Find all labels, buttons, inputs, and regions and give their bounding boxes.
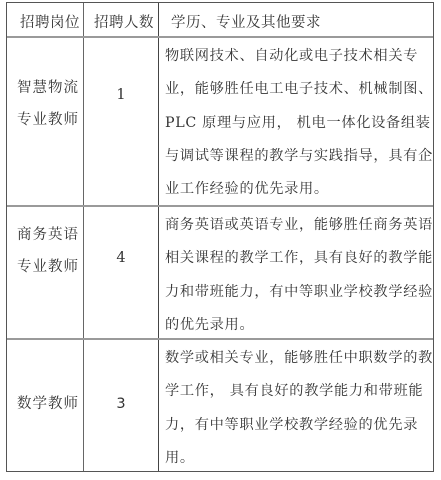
requirements-text: 商务英语或英语专业，能够胜任商务英语 相关课程的教学工作，具有良好的教学能 力和… [165, 209, 429, 342]
header-count-label: 招聘人数 [94, 11, 154, 32]
table-row: 智慧物流 专业教师 1 物联网技术、自动化或电子技术相关专 业，能够胜任电工电子… [7, 36, 433, 205]
header-position-label: 招聘岗位 [20, 11, 80, 32]
position-name: 智慧物流 专业教师 [17, 72, 79, 136]
position-cell: 智慧物流 专业教师 [7, 38, 84, 205]
requirements-cell: 物联网技术、自动化或电子技术相关专 业，能够胜任电工电子技术、机械制图、 PLC… [159, 38, 433, 205]
requirements-text: 数学或相关专业，能够胜任中职数学的教 学工作， 具有良好的教学能力和带班能 力，… [165, 342, 429, 475]
header-cell-position: 招聘岗位 [7, 3, 84, 37]
position-name: 商务英语 专业教师 [17, 219, 79, 283]
position-cell: 数学教师 [7, 340, 84, 471]
header-cell-count: 招聘人数 [84, 3, 159, 37]
requirements-text: 物联网技术、自动化或电子技术相关专 业，能够胜任电工电子技术、机械制图、 PLC… [165, 40, 429, 206]
table-header-row: 招聘岗位 招聘人数 学历、专业及其他要求 [7, 3, 433, 37]
position-count: 3 [84, 396, 158, 412]
count-cell: 4 [84, 207, 159, 338]
count-cell: 3 [84, 340, 159, 471]
requirements-cell: 数学或相关专业，能够胜任中职数学的教 学工作， 具有良好的教学能力和带班能 力，… [159, 340, 433, 471]
position-cell: 商务英语 专业教师 [7, 207, 84, 338]
count-cell: 1 [84, 38, 159, 205]
header-requirements-label: 学历、专业及其他要求 [171, 11, 321, 32]
table-row: 商务英语 专业教师 4 商务英语或英语专业，能够胜任商务英语 相关课程的教学工作… [7, 205, 433, 338]
position-count: 4 [84, 250, 158, 266]
position-name: 数学教师 [17, 388, 79, 420]
table-row: 数学教师 3 数学或相关专业，能够胜任中职数学的教 学工作， 具有良好的教学能力… [7, 338, 433, 471]
position-count: 1 [84, 87, 158, 103]
header-cell-requirements: 学历、专业及其他要求 [159, 3, 433, 37]
requirements-cell: 商务英语或英语专业，能够胜任商务英语 相关课程的教学工作，具有良好的教学能 力和… [159, 207, 433, 338]
recruitment-table: 招聘岗位 招聘人数 学历、专业及其他要求 智慧物流 专业教师 1 物联网技术、自… [6, 2, 434, 472]
